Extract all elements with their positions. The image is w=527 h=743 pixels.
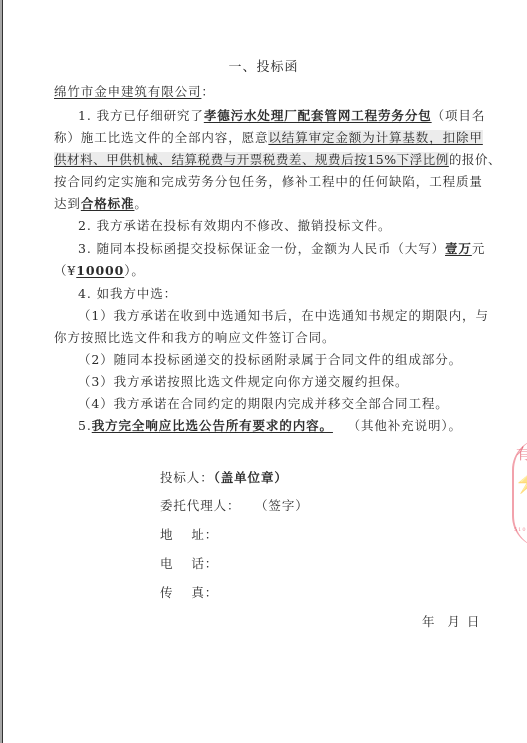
p4-item3: （3）我方承诺按照比选文件规定向你方递交履约担保。 [78,374,408,390]
p1-line1: 1. 我方已仔细研究了孝德污水处理厂配套管网工程劳务分包（项目名 [78,108,485,124]
phone-label-1: 电 [160,556,173,571]
p4-item1-line2: 你方按照比选文件和我方的响应文件签订合同。 [54,330,335,346]
addressee-colon: ： [201,84,214,99]
bidder-seal-placeholder: （盖单位章） [214,470,288,485]
p3-text: 3. 随同本投标函提交投标保证金一份，金额为人民币（大写） [78,241,445,256]
p1-after-project: （项目名 [432,108,486,123]
stamp-char: 有 [516,443,527,464]
agent-label: 委托代理人： [160,498,240,513]
p3-line1: 3. 随同本投标函提交投标保证金一份，金额为人民币（大写）壹万元 [78,241,485,257]
bond-unit: 元 [472,241,485,256]
p5-suffix: （其他补充说明）。 [348,418,462,433]
p4-item4: （4）我方承诺在合同约定的期限内完成并移交全部合同工程。 [78,396,449,412]
date-day: 日 [467,614,480,629]
document-title: 一、投标函 [0,56,527,75]
p2-line: 2. 我方承诺在投标有效期内不修改、撤销投标文件。 [78,218,391,234]
p1-line3: 供材料、甲供机械、结算税费与开票税费差、规费后按15%下浮比例的报价、 [54,152,501,168]
p5-line: 5.我方完全响应比选公告所有要求的内容。 （其他补充说明）。 [78,418,462,434]
agent-signature-placeholder: （签字） [255,498,309,513]
p4-item1-line1: （1）我方承诺在收到中选通知书后，在中选通知书规定的期限内，与 [78,308,489,324]
p1-line4: 按合同约定实施和完成劳务分包任务，修补工程中的任何缺陷，工程质量 [54,174,483,190]
document-page: 一、投标函 绵竹市金申建筑有限公司： 1. 我方已仔细研究了孝德污水处理厂配套管… [0,0,527,743]
p1-line5-start: 达到 [54,196,81,211]
p5-prefix: 5. [78,418,92,433]
date-row: 年月日 [422,614,480,630]
p1-line2-start: 称）施工比选文件的全部内容，愿意 [54,130,268,145]
fax-label-2: 真： [191,585,218,600]
fax-row: 传真： [160,585,218,601]
address-label-2: 址： [191,527,218,542]
addressee-line: 绵竹市金申建筑有限公司： [54,84,215,100]
bond-amount-number: 10000 [76,263,124,278]
p1-prefix: 1. 我方已仔细研究了 [78,108,204,123]
p3-line2-start: （¥ [54,263,76,278]
p1-line5-end: 。 [134,196,147,211]
pricing-basis-part1: 以结算审定金额为计算基数，扣除甲 [268,130,482,145]
date-month: 月 [447,614,460,629]
p1-line3-end: 的报价、 [449,152,501,167]
full-response-commitment: 我方完全响应比选公告所有要求的内容。 [92,418,333,433]
p3-line2: （¥10000）。 [54,263,145,279]
pricing-basis-part2: 供材料、甲供机械、结算税费与开票税费差、规费后按15%下浮比例 [54,152,449,167]
p3-line2-end: ）。 [124,263,145,278]
quality-standard: 合格标准 [81,196,135,211]
bidder-label: 投标人： [160,470,214,485]
stamp-serial: 510 [514,527,527,533]
fax-label-1: 传 [160,585,173,600]
phone-row: 电话： [160,556,218,572]
bond-amount-words: 壹万 [445,241,472,256]
addressee-company: 绵竹市金申建筑有限公司 [54,84,201,99]
bidder-row: 投标人：（盖单位章） [160,470,288,486]
address-row: 地址： [160,527,218,543]
p1-line2: 称）施工比选文件的全部内容，愿意以结算审定金额为计算基数，扣除甲 [54,130,483,146]
phone-label-2: 话： [191,556,218,571]
date-year: 年 [422,614,435,629]
stamp-star-icon: ⚡ [514,470,527,495]
address-label-1: 地 [160,527,173,542]
p1-line5: 达到合格标准。 [54,196,148,212]
project-name: 孝德污水处理厂配套管网工程劳务分包 [204,108,432,123]
agent-row: 委托代理人： （签字） [160,498,309,514]
p4-item2: （2）随同本投标函递交的投标函附录属于合同文件的组成部分。 [78,352,462,368]
p4-heading: 4. 如我方中选： [78,286,177,302]
